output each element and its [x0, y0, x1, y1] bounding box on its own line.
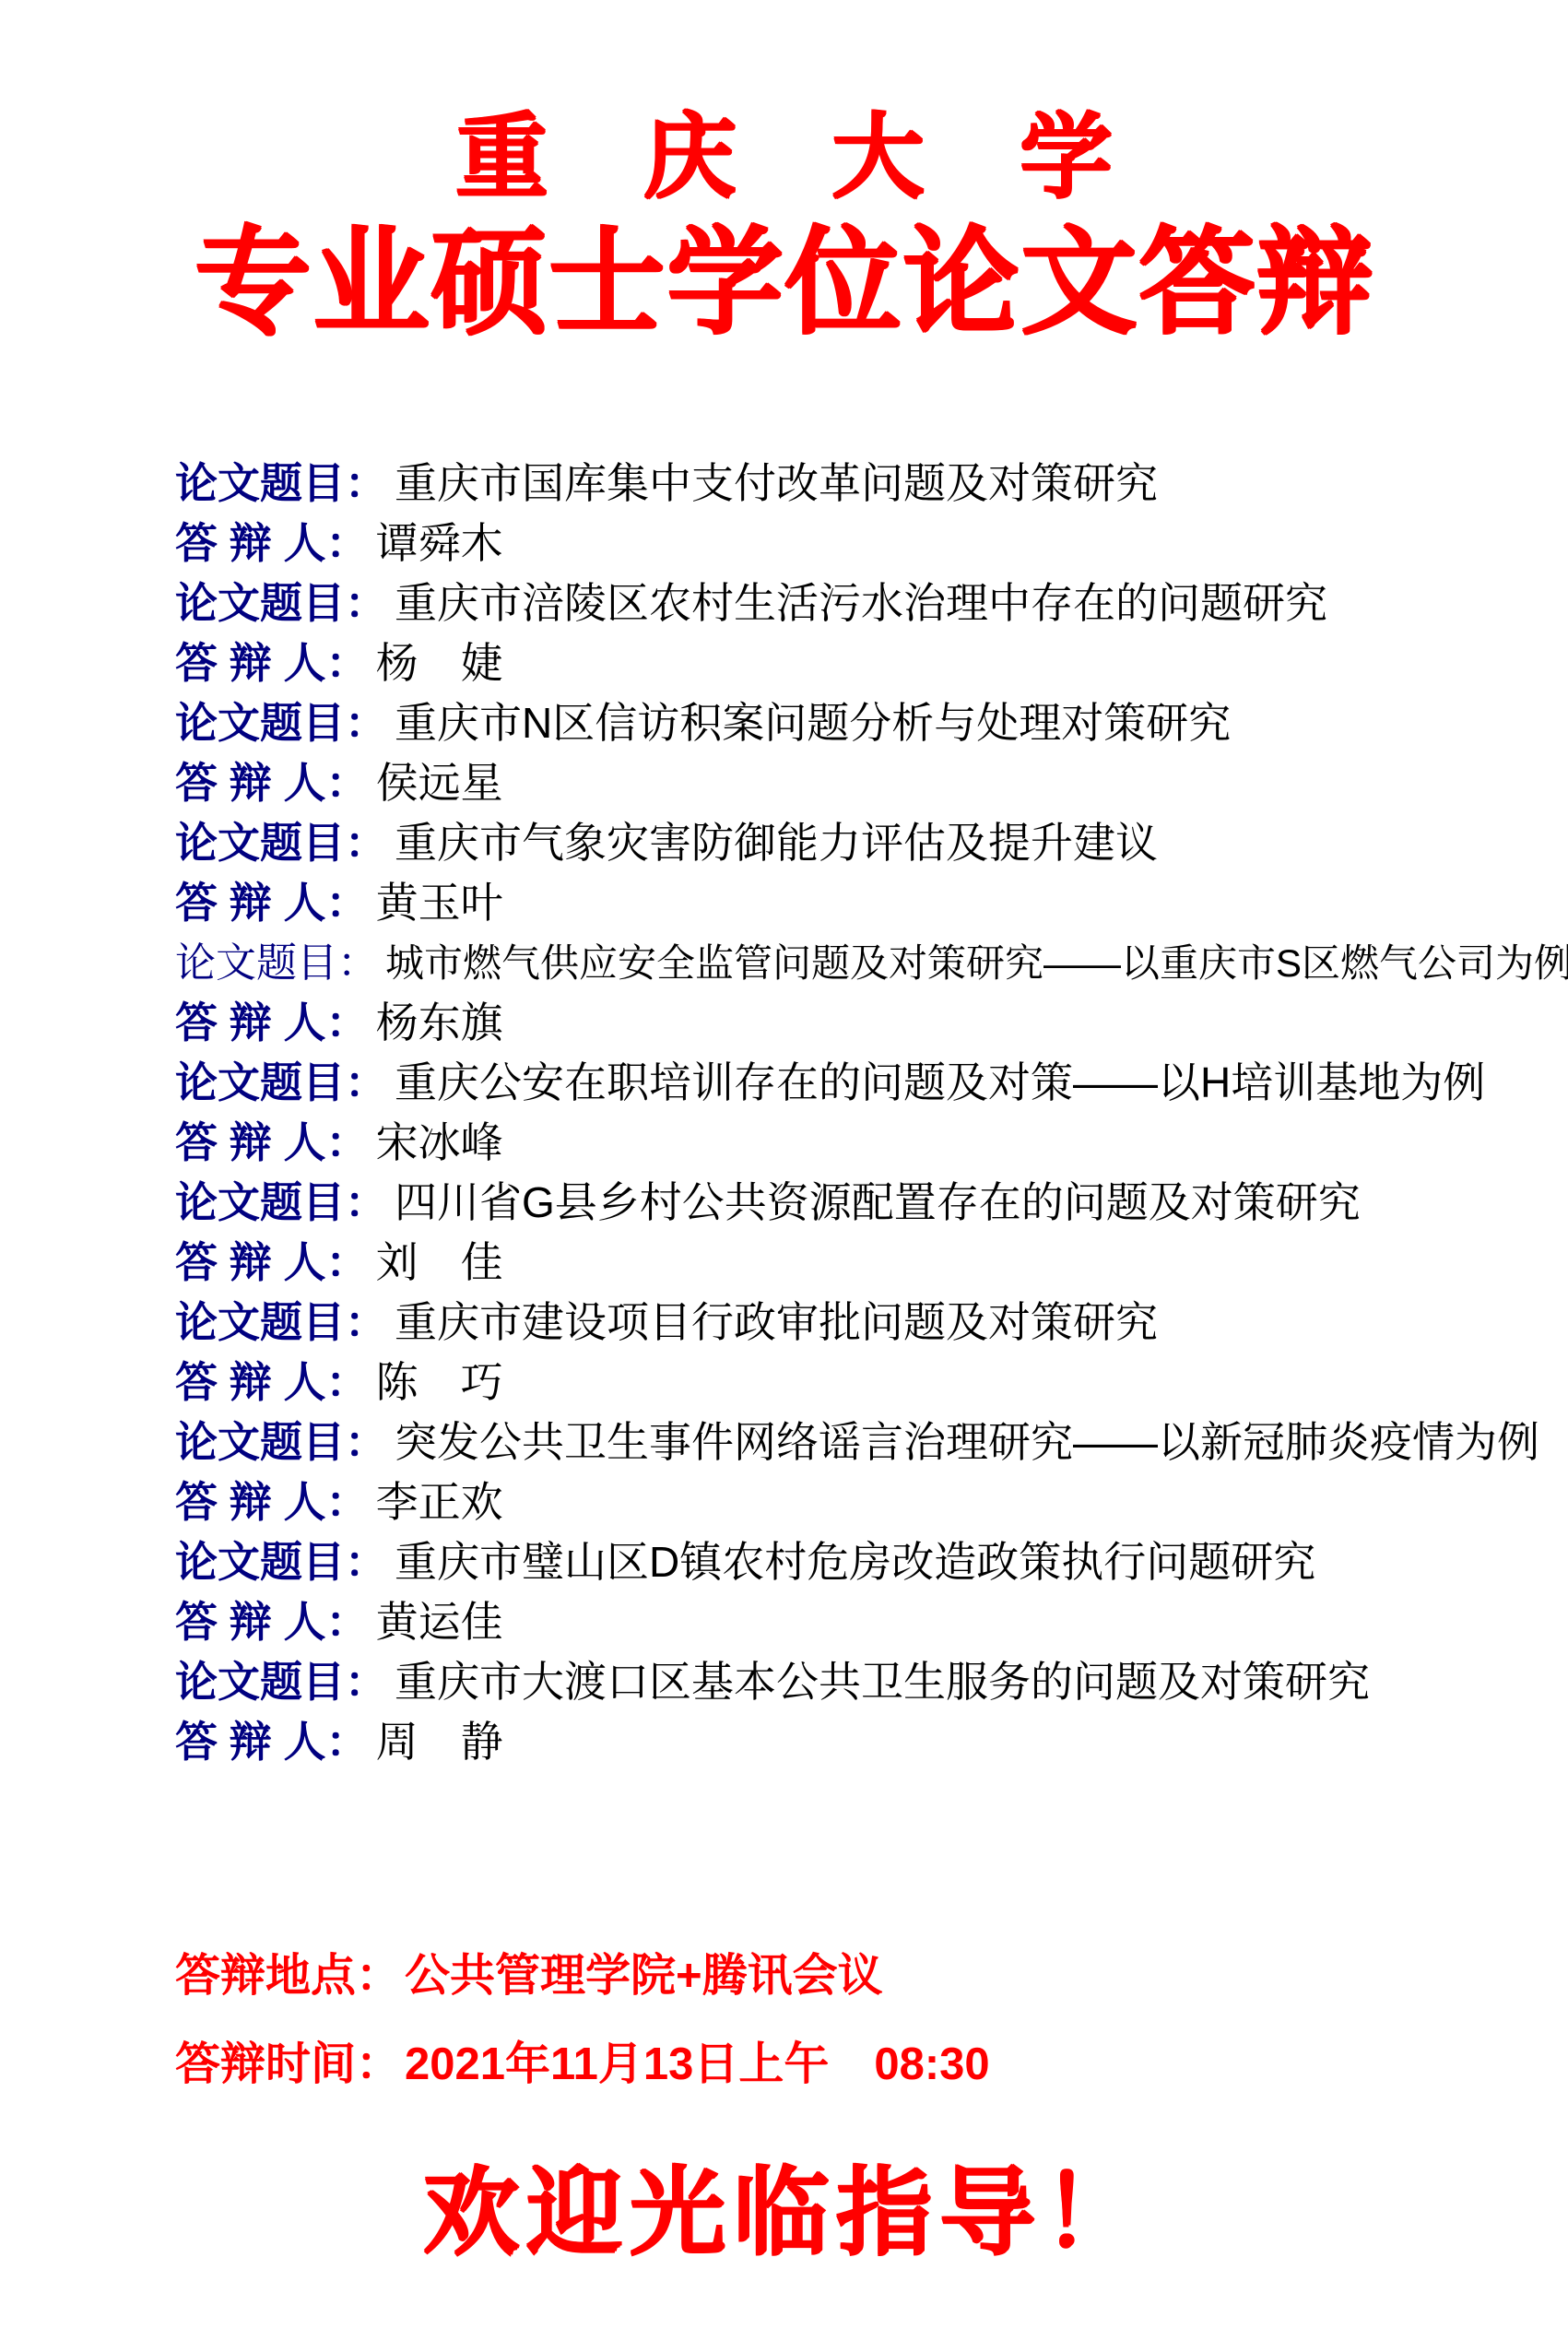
- thesis-title-text: 重庆市气象灾害防御能力评估及提升建议: [395, 819, 1158, 867]
- defender-name: 杨 婕: [376, 639, 503, 687]
- defender-line: 答 辩 人：黄玉叶: [175, 873, 1485, 933]
- thesis-title-label: 论文题目：: [175, 1058, 387, 1106]
- defender-line: 答 辩 人：侯远星: [175, 753, 1485, 813]
- location-value: 公共管理学院+腾讯会议: [405, 1951, 883, 2001]
- welcome-message: 欢迎光临指导！: [0, 2134, 1568, 2273]
- defender-line: 答 辩 人：黄运佳: [175, 1592, 1485, 1652]
- defense-entry: 论文题目：城市燃气供应安全监管问题及对策研究——以重庆市S区燃气公司为例 答 辩…: [175, 933, 1485, 1053]
- defender-label: 答 辩 人：: [175, 1358, 369, 1406]
- defender-line: 答 辩 人：杨 婕: [175, 633, 1485, 693]
- defender-label: 答 辩 人：: [175, 999, 369, 1046]
- thesis-title-line: 论文题目：重庆市气象灾害防御能力评估及提升建议: [175, 813, 1485, 873]
- title-block: 重 庆 大 学 专业硕士学位论文答辩: [0, 92, 1568, 343]
- defense-entry: 论文题目：重庆市建设项目行政审批问题及对策研究 答 辩 人：陈 巧: [175, 1293, 1485, 1412]
- defender-label: 答 辩 人：: [175, 519, 369, 567]
- defender-line: 答 辩 人：陈 巧: [175, 1353, 1485, 1412]
- defender-name: 宋冰峰: [376, 1118, 503, 1166]
- thesis-title-line: 论文题目：四川省G县乡村公共资源配置存在的问题及对策研究: [175, 1173, 1485, 1233]
- thesis-title-line: 论文题目：突发公共卫生事件网络谣言治理研究——以新冠肺炎疫情为例: [175, 1412, 1485, 1472]
- defender-line: 答 辩 人：周 静: [175, 1712, 1485, 1772]
- thesis-title-line: 论文题目：重庆市N区信访积案问题分析与处理对策研究: [175, 693, 1485, 753]
- defender-label: 答 辩 人：: [175, 1238, 369, 1286]
- defense-entry: 论文题目：重庆公安在职培训存在的问题及对策——以H培训基地为例 答 辩 人：宋冰…: [175, 1053, 1485, 1173]
- defense-announcement-page: 重 庆 大 学 专业硕士学位论文答辩 论文题目：重庆市国库集中支付改革问题及对策…: [0, 0, 1568, 2352]
- defender-name: 侯远星: [376, 759, 503, 807]
- thesis-title-line: 论文题目：重庆市璧山区D镇农村危房改造政策执行问题研究: [175, 1532, 1485, 1592]
- defender-line: 答 辩 人：谭舜木: [175, 514, 1485, 573]
- defense-time-line: 答辩时间：2021年11月13日上午 08:30: [175, 2020, 990, 2109]
- thesis-title-text: 重庆市N区信访积案问题分析与处理对策研究: [395, 699, 1231, 747]
- defender-label: 答 辩 人：: [175, 1718, 369, 1766]
- thesis-title-text: 重庆市大渡口区基本公共卫生服务的问题及对策研究: [395, 1658, 1370, 1706]
- defense-entry: 论文题目：重庆市大渡口区基本公共卫生服务的问题及对策研究 答 辩 人：周 静: [175, 1652, 1485, 1772]
- defender-label: 答 辩 人：: [175, 759, 369, 807]
- thesis-title-line: 论文题目：重庆市大渡口区基本公共卫生服务的问题及对策研究: [175, 1652, 1485, 1712]
- thesis-title-label: 论文题目：: [175, 1658, 387, 1706]
- thesis-title-label: 论文题目：: [175, 1538, 387, 1586]
- defense-info: 答辩地点：公共管理学院+腾讯会议 答辩时间：2021年11月13日上午 08:3…: [175, 1932, 990, 2109]
- thesis-title-text: 四川省G县乡村公共资源配置存在的问题及对策研究: [395, 1178, 1361, 1226]
- defender-name: 陈 巧: [376, 1358, 503, 1406]
- defense-entries-list: 论文题目：重庆市国库集中支付改革问题及对策研究 答 辩 人：谭舜木 论文题目：重…: [175, 454, 1485, 1772]
- defender-name: 黄运佳: [376, 1598, 503, 1646]
- defender-label: 答 辩 人：: [175, 1478, 369, 1526]
- thesis-title-label: 论文题目：: [175, 940, 378, 986]
- defender-line: 答 辩 人：宋冰峰: [175, 1113, 1485, 1173]
- defense-entry: 论文题目：重庆市国库集中支付改革问题及对策研究 答 辩 人：谭舜木: [175, 454, 1485, 573]
- defense-entry: 论文题目：四川省G县乡村公共资源配置存在的问题及对策研究 答 辩 人：刘 佳: [175, 1173, 1485, 1293]
- defender-label: 答 辩 人：: [175, 1118, 369, 1166]
- defense-entry: 论文题目：重庆市N区信访积案问题分析与处理对策研究 答 辩 人：侯远星: [175, 693, 1485, 813]
- defense-entry: 论文题目：重庆市璧山区D镇农村危房改造政策执行问题研究 答 辩 人：黄运佳: [175, 1532, 1485, 1652]
- defender-line: 答 辩 人：李正欢: [175, 1472, 1485, 1532]
- thesis-title-line: 论文题目：城市燃气供应安全监管问题及对策研究——以重庆市S区燃气公司为例: [175, 933, 1485, 993]
- defender-label: 答 辩 人：: [175, 879, 369, 927]
- defender-name: 杨东旗: [376, 999, 503, 1046]
- defense-entry: 论文题目：突发公共卫生事件网络谣言治理研究——以新冠肺炎疫情为例 答 辩 人：李…: [175, 1412, 1485, 1532]
- thesis-title-text: 重庆市璧山区D镇农村危房改造政策执行问题研究: [395, 1538, 1315, 1586]
- thesis-title-label: 论文题目：: [175, 459, 387, 507]
- thesis-title-label: 论文题目：: [175, 1418, 387, 1466]
- thesis-title-label: 论文题目：: [175, 699, 387, 747]
- defender-label: 答 辩 人：: [175, 1598, 369, 1646]
- thesis-title-label: 论文题目：: [175, 1178, 387, 1226]
- defender-line: 答 辩 人：杨东旗: [175, 993, 1485, 1053]
- thesis-title-text: 重庆市建设项目行政审批问题及对策研究: [395, 1298, 1158, 1346]
- defender-label: 答 辩 人：: [175, 639, 369, 687]
- thesis-title-line: 论文题目：重庆市建设项目行政审批问题及对策研究: [175, 1293, 1485, 1353]
- defense-entry: 论文题目：重庆市涪陵区农村生活污水治理中存在的问题研究 答 辩 人：杨 婕: [175, 573, 1485, 693]
- thesis-title-text: 城市燃气供应安全监管问题及对策研究——以重庆市S区燃气公司为例: [385, 941, 1568, 985]
- thesis-title-text: 重庆公安在职培训存在的问题及对策——以H培训基地为例: [395, 1058, 1485, 1106]
- thesis-title-text: 重庆市国库集中支付改革问题及对策研究: [395, 459, 1158, 507]
- thesis-title-line: 论文题目：重庆市国库集中支付改革问题及对策研究: [175, 454, 1485, 514]
- defender-line: 答 辩 人：刘 佳: [175, 1233, 1485, 1293]
- defense-entry: 论文题目：重庆市气象灾害防御能力评估及提升建议 答 辩 人：黄玉叶: [175, 813, 1485, 933]
- defense-location-line: 答辩地点：公共管理学院+腾讯会议: [175, 1932, 990, 2020]
- thesis-title-text: 突发公共卫生事件网络谣言治理研究——以新冠肺炎疫情为例: [395, 1418, 1539, 1466]
- thesis-title-label: 论文题目：: [175, 579, 387, 627]
- location-label: 答辩地点：: [175, 1951, 401, 2001]
- thesis-title-label: 论文题目：: [175, 1298, 387, 1346]
- university-name: 重 庆 大 学: [0, 92, 1568, 221]
- defender-name: 刘 佳: [376, 1238, 503, 1286]
- defender-name: 周 静: [376, 1718, 503, 1766]
- thesis-title-line: 论文题目：重庆市涪陵区农村生活污水治理中存在的问题研究: [175, 573, 1485, 633]
- thesis-title-text: 重庆市涪陵区农村生活污水治理中存在的问题研究: [395, 579, 1327, 627]
- event-title: 专业硕士学位论文答辩: [0, 221, 1568, 343]
- defender-name: 黄玉叶: [376, 879, 503, 927]
- time-label: 答辩时间：: [175, 2039, 401, 2089]
- thesis-title-line: 论文题目：重庆公安在职培训存在的问题及对策——以H培训基地为例: [175, 1053, 1485, 1113]
- time-value: 2021年11月13日上午 08:30: [405, 2039, 990, 2089]
- defender-name: 谭舜木: [376, 519, 503, 567]
- thesis-title-label: 论文题目：: [175, 819, 387, 867]
- defender-name: 李正欢: [376, 1478, 503, 1526]
